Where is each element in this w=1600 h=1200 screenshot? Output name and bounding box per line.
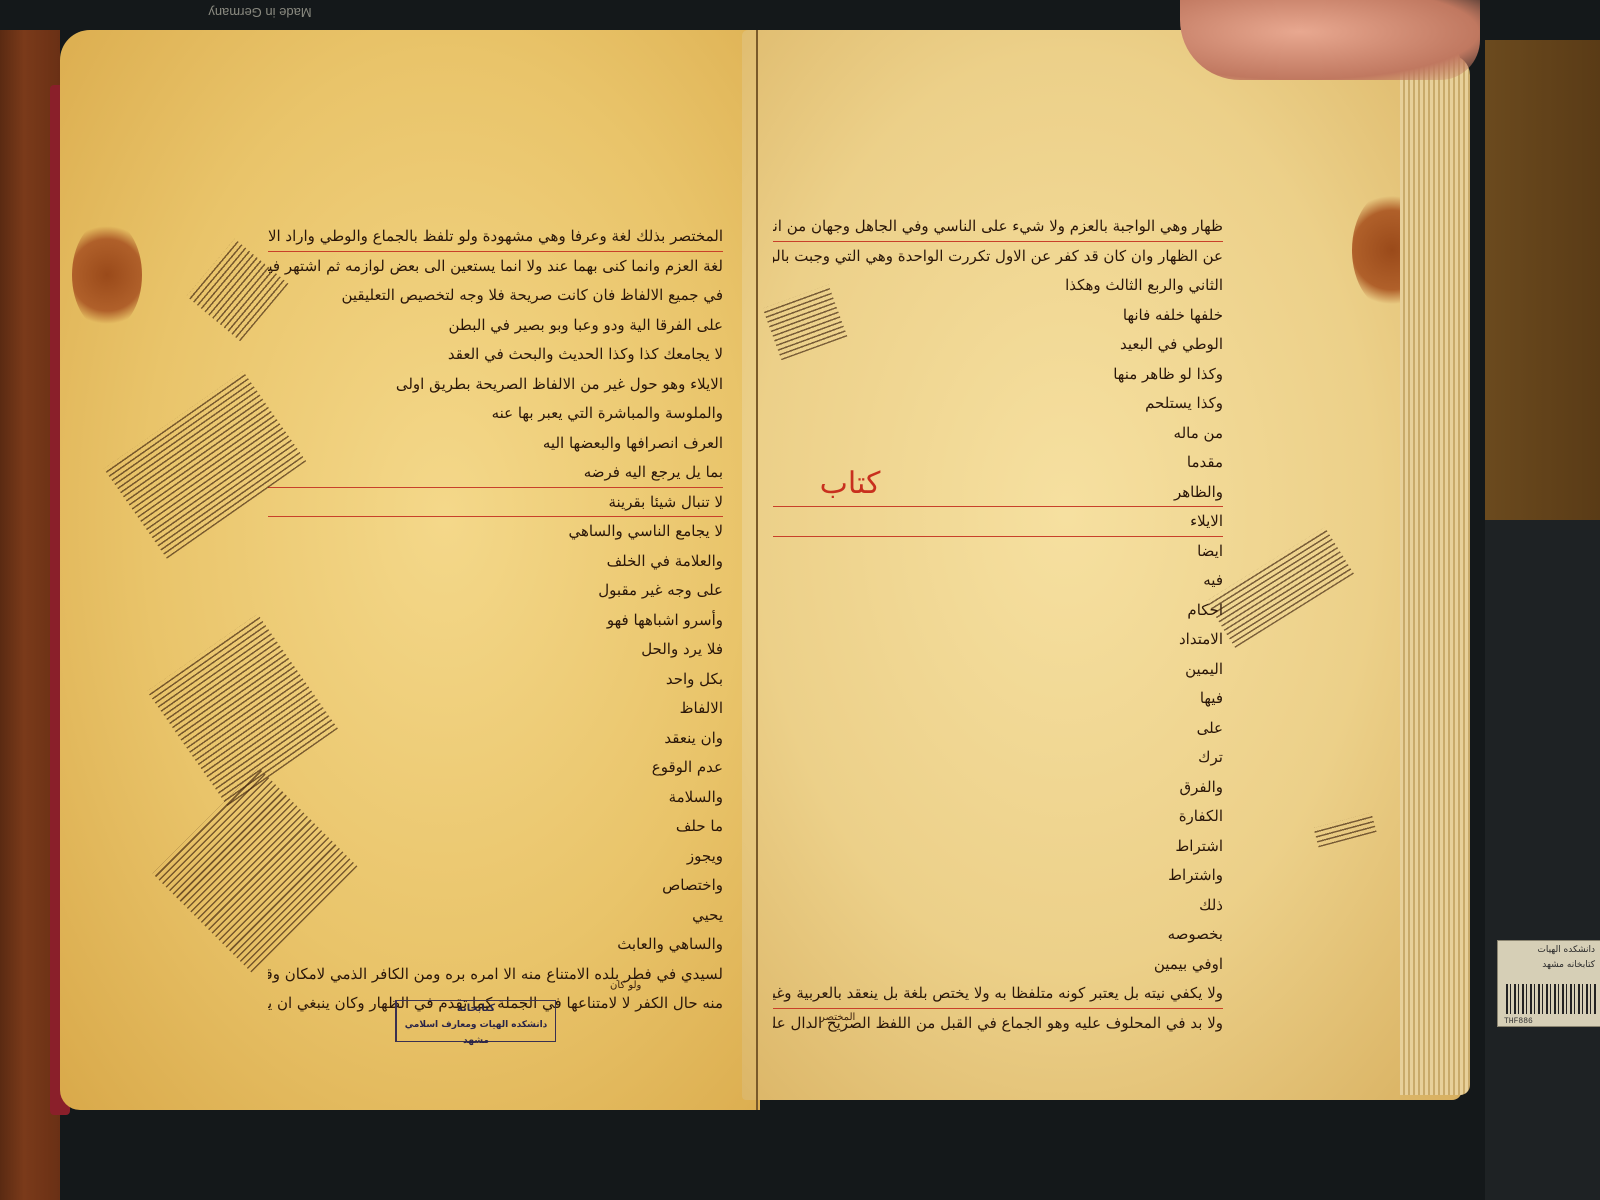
manuscript-line-text: الثاني والربع الثالث وهكذا xyxy=(1065,271,1223,300)
manuscript-line-text: لا يجامع الناسي والساهي xyxy=(568,517,723,546)
left-page-text-block: المختصر بذلك لغة وعرفا وهي مشهودة ولو تل… xyxy=(268,222,723,1019)
manuscript-line-text: وكذا لو ظاهر منها xyxy=(1113,360,1223,389)
manuscript-line-text: ويجوز xyxy=(687,842,723,871)
manuscript-line-text: الكفارة xyxy=(1179,802,1223,831)
manuscript-line-text: عن الظهار وان كان قد كفر عن الاول تكررت … xyxy=(773,242,1223,271)
manuscript-line-text: فيه xyxy=(1203,566,1223,595)
manuscript-line: والملوسة والمباشرة التي يعبر بها عنه xyxy=(268,399,723,429)
manuscript-line: والفرق xyxy=(773,773,1223,803)
manuscript-line: بكل واحد xyxy=(268,665,723,695)
manuscript-line: واشتراط xyxy=(773,861,1223,891)
manuscript-line-text: لا تنبال شيئا بقرينة xyxy=(608,488,723,517)
manuscript-line-text: عدم الوقوع xyxy=(652,753,723,782)
barcode-icon xyxy=(1506,984,1596,1014)
manuscript-line-text: واختصاص xyxy=(662,871,723,900)
manuscript-line-text: فلا يرد والحل xyxy=(641,635,723,664)
dark-cloth-right xyxy=(1485,520,1600,1200)
made-in-germany-label: Made in Germany xyxy=(190,0,330,20)
manuscript-line-text: اوفي بيمين xyxy=(1154,950,1223,979)
manuscript-line: من ماله xyxy=(773,419,1223,449)
manuscript-line-text: الايلاء xyxy=(1190,507,1223,536)
manuscript-line-text: يحيي xyxy=(692,901,723,930)
manuscript-line: الايلاء وهو حول غير من الالفاظ الصريحة ب… xyxy=(268,370,723,400)
manuscript-line-text: ما حلف xyxy=(676,812,723,841)
manuscript-line: فيها xyxy=(773,684,1223,714)
manuscript-line-text: الوطي في البعيد xyxy=(1120,330,1223,359)
manuscript-line-text: على الفرقا الية ودو وعبا وبو بصير في الب… xyxy=(449,311,723,340)
manuscript-line-text: وان ينعقد xyxy=(664,724,723,753)
manuscript-line: والساهي والعابث xyxy=(268,930,723,960)
manuscript-line-text: من ماله xyxy=(1174,419,1223,448)
manuscript-line: العرف انصرافها والبعضها اليه xyxy=(268,429,723,459)
manuscript-line-text: اشتراط xyxy=(1175,832,1223,861)
manuscript-line: الالفاظ xyxy=(268,694,723,724)
barcode-id: THF886 xyxy=(1504,1017,1533,1026)
chapter-heading-rubric: كتاب xyxy=(790,468,910,500)
manuscript-line-text: في جميع الالفاظ فان كانت صريحة فلا وجه ل… xyxy=(341,281,723,310)
manuscript-line: فلا يرد والحل xyxy=(268,635,723,665)
manuscript-line-text: والسلامة xyxy=(669,783,723,812)
manuscript-line: وكذا يستلحم xyxy=(773,389,1223,419)
manuscript-line: المختصر بذلك لغة وعرفا وهي مشهودة ولو تل… xyxy=(268,222,723,252)
manuscript-line: والسلامة xyxy=(268,783,723,813)
manuscript-line: لغة العزم وانما كنى بهما عند ولا انما يس… xyxy=(268,252,723,282)
manuscript-line: على وجه غير مقبول xyxy=(268,576,723,606)
manuscript-line-text: والعلامة في الخلف xyxy=(607,547,723,576)
manuscript-line: اشتراط xyxy=(773,832,1223,862)
manuscript-line: عدم الوقوع xyxy=(268,753,723,783)
manuscript-line-text: اليمين xyxy=(1185,655,1223,684)
manuscript-line-text: المختصر بذلك لغة وعرفا وهي مشهودة ولو تل… xyxy=(268,222,723,251)
finger-holding-page xyxy=(1180,0,1480,80)
manuscript-line-text: لغة العزم وانما كنى بهما عند ولا انما يس… xyxy=(268,252,723,281)
page-edges xyxy=(1400,55,1470,1095)
barcode-label-line-1: دانشكده الهيات xyxy=(1498,941,1600,956)
manuscript-line: اليمين xyxy=(773,655,1223,685)
manuscript-line: اوفي بيمين xyxy=(773,950,1223,980)
manuscript-line-text: ترك xyxy=(1198,743,1223,772)
manuscript-line-text: وكذا يستلحم xyxy=(1145,389,1223,418)
manuscript-line: ذلك xyxy=(773,891,1223,921)
barcode-label-line-2: كتابخانه مشهد xyxy=(1498,956,1600,971)
manuscript-line-text: فيها xyxy=(1200,684,1223,713)
water-stain xyxy=(72,220,142,330)
right-catchword: المختصر xyxy=(820,1012,855,1023)
manuscript-line-text: لسيدي في فطر بلده الامتناع منه الا امره … xyxy=(268,960,723,989)
manuscript-line-text: وأسرو اشباهها فهو xyxy=(607,606,723,635)
manuscript-line-text: والساهي والعابث xyxy=(617,930,723,959)
wooden-table-right xyxy=(1485,40,1600,520)
manuscript-line-text: خلفها خلفه فانها xyxy=(1123,301,1223,330)
stamp-line-1: كتابخانه xyxy=(397,1001,555,1017)
manuscript-line: ترك xyxy=(773,743,1223,773)
manuscript-line: وأسرو اشباهها فهو xyxy=(268,606,723,636)
manuscript-line-text: واشتراط xyxy=(1168,861,1223,890)
manuscript-line-text: والملوسة والمباشرة التي يعبر بها عنه xyxy=(492,399,723,428)
manuscript-line: ظهار وهي الواجبة بالعزم ولا شيء على النا… xyxy=(773,212,1223,242)
manuscript-line: على xyxy=(773,714,1223,744)
manuscript-line: وكذا لو ظاهر منها xyxy=(773,360,1223,390)
manuscript-line-text: بما يل يرجع اليه فرضه xyxy=(584,458,723,487)
manuscript-line: ولا يكفي نيته بل يعتبر كونه متلفظا به ول… xyxy=(773,979,1223,1009)
manuscript-line-text: على وجه غير مقبول xyxy=(598,576,723,605)
manuscript-line: بما يل يرجع اليه فرضه xyxy=(268,458,723,488)
manuscript-line: الثاني والربع الثالث وهكذا xyxy=(773,271,1223,301)
manuscript-line-text: مقدما xyxy=(1187,448,1223,477)
manuscript-line: الايلاء xyxy=(773,507,1223,537)
manuscript-line-text: ايضا xyxy=(1197,537,1223,566)
manuscript-line: على الفرقا الية ودو وعبا وبو بصير في الب… xyxy=(268,311,723,341)
manuscript-line-text: ذلك xyxy=(1199,891,1223,920)
manuscript-line: لا تنبال شيئا بقرينة xyxy=(268,488,723,518)
manuscript-line-text: بكل واحد xyxy=(666,665,723,694)
manuscript-line: احكام xyxy=(773,596,1223,626)
manuscript-line-text: على xyxy=(1197,714,1223,743)
book-gutter xyxy=(756,30,758,1110)
manuscript-line: عن الظهار وان كان قد كفر عن الاول تكررت … xyxy=(773,242,1223,272)
manuscript-line-text: العرف انصرافها والبعضها اليه xyxy=(543,429,723,458)
manuscript-line: ما حلف xyxy=(268,812,723,842)
manuscript-line-text: ولا يكفي نيته بل يعتبر كونه متلفظا به ول… xyxy=(773,979,1223,1008)
manuscript-line-text: الايلاء وهو حول غير من الالفاظ الصريحة ب… xyxy=(396,370,723,399)
manuscript-line: والعلامة في الخلف xyxy=(268,547,723,577)
library-stamp: كتابخانه دانشكده الهيات ومعارف اسلامي مش… xyxy=(395,1000,556,1042)
manuscript-line: الكفارة xyxy=(773,802,1223,832)
manuscript-line: يحيي xyxy=(268,901,723,931)
manuscript-line: لا يجامع الناسي والساهي xyxy=(268,517,723,547)
stamp-line-2: دانشكده الهيات ومعارف اسلامي مشهد xyxy=(397,1017,555,1049)
manuscript-line-text: ظهار وهي الواجبة بالعزم ولا شيء على النا… xyxy=(773,212,1223,241)
manuscript-line: الامتداد xyxy=(773,625,1223,655)
left-catchword: ولو كان xyxy=(610,980,641,991)
manuscript-line-text: بخصوصه xyxy=(1168,920,1223,949)
manuscript-line: بخصوصه xyxy=(773,920,1223,950)
manuscript-line: ايضا xyxy=(773,537,1223,567)
manuscript-line: فيه xyxy=(773,566,1223,596)
barcode-label: دانشكده الهيات كتابخانه مشهد THF886 xyxy=(1497,940,1600,1027)
manuscript-line: في جميع الالفاظ فان كانت صريحة فلا وجه ل… xyxy=(268,281,723,311)
manuscript-line-text: الالفاظ xyxy=(680,694,723,723)
manuscript-line-text: الامتداد xyxy=(1179,625,1223,654)
manuscript-line-text: لا يجامعك كذا وكذا الحديث والبحث في العق… xyxy=(448,340,723,369)
manuscript-line: لسيدي في فطر بلده الامتناع منه الا امره … xyxy=(268,960,723,990)
manuscript-line-text: والفرق xyxy=(1180,773,1223,802)
manuscript-line-text: والظاهر xyxy=(1174,478,1223,507)
manuscript-line: لا يجامعك كذا وكذا الحديث والبحث في العق… xyxy=(268,340,723,370)
